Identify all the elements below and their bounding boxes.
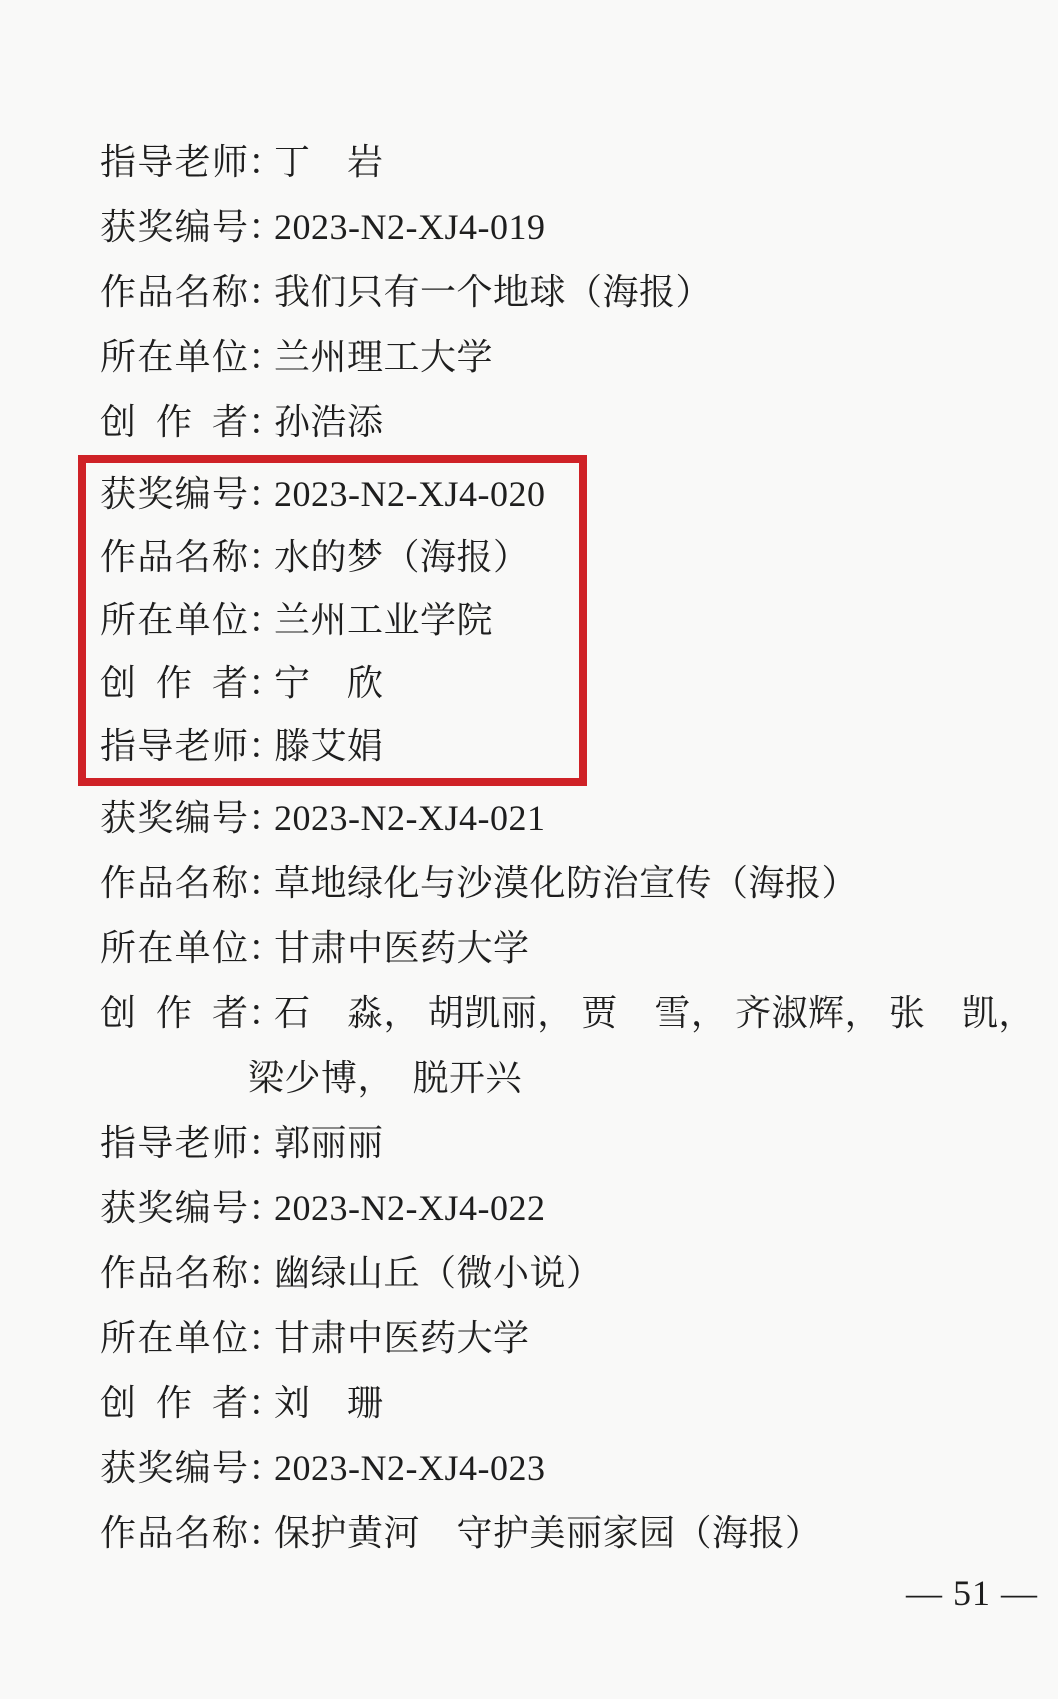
field-value: 草地绿化与沙漠化防治宣传（海报） [274, 863, 858, 903]
field-colon: ： [248, 260, 274, 325]
field-value: 甘肃中医药大学 [274, 1318, 530, 1358]
field-value: 2023-N2-XJ4-020 [274, 474, 545, 514]
field-label: 创作者 [100, 652, 248, 715]
highlight-box: 获奖编号：2023-N2-XJ4-020作品名称：水的梦（海报）所在单位：兰州工… [78, 455, 587, 786]
field-label: 获奖编号 [100, 1436, 248, 1501]
entry-row: 作品名称：保护黄河 守护美丽家园（海报） [0, 1501, 1058, 1566]
field-value: 2023-N2-XJ4-023 [274, 1448, 545, 1488]
field-colon: ： [248, 1111, 274, 1176]
field-label: 获奖编号 [100, 786, 248, 851]
field-colon: ： [248, 916, 274, 981]
field-value: 甘肃中医药大学 [274, 928, 530, 968]
entries-after-highlight: 获奖编号：2023-N2-XJ4-021作品名称：草地绿化与沙漠化防治宣传（海报… [0, 786, 1058, 1566]
field-colon: ： [248, 1371, 274, 1436]
field-colon: ： [248, 526, 274, 589]
field-colon: ： [248, 715, 274, 778]
entry-row: 获奖编号：2023-N2-XJ4-019 [0, 195, 1058, 260]
entry-row: 指导老师：郭丽丽 [0, 1111, 1058, 1176]
field-label: 获奖编号 [100, 463, 248, 526]
entry-row: 作品名称：草地绿化与沙漠化防治宣传（海报） [0, 851, 1058, 916]
field-value: 2023-N2-XJ4-022 [274, 1188, 545, 1228]
field-colon: ： [248, 1306, 274, 1371]
field-value: 兰州理工大学 [274, 337, 493, 377]
entry-row: 创作者：刘 珊 [0, 1371, 1058, 1436]
field-label: 获奖编号 [100, 195, 248, 260]
field-value: 宁 欣 [274, 663, 384, 703]
entry-row: 指导老师：滕艾娟 [86, 715, 579, 778]
award-list: 指导老师：丁 岩获奖编号：2023-N2-XJ4-019作品名称：我们只有一个地… [0, 0, 1058, 1566]
field-label: 作品名称 [100, 851, 248, 916]
field-colon: ： [248, 1436, 274, 1501]
field-label: 所在单位 [100, 589, 248, 652]
entry-row: 作品名称：水的梦（海报） [86, 526, 579, 589]
entry-row: 所在单位：兰州工业学院 [86, 589, 579, 652]
field-colon: ： [248, 851, 274, 916]
field-label: 创作者 [100, 981, 248, 1046]
page-number: — 51 — [906, 1570, 1038, 1616]
entry-row: 创作者：孙浩添 [0, 390, 1058, 455]
entry-row: 所在单位：甘肃中医药大学 [0, 1306, 1058, 1371]
entry-row: 创作者：石 淼， 胡凯丽， 贾 雪， 齐淑辉， 张 凯， [0, 981, 1058, 1046]
entry-row: 获奖编号：2023-N2-XJ4-021 [0, 786, 1058, 851]
field-value: 保护黄河 守护美丽家园（海报） [274, 1513, 822, 1553]
field-colon: ： [248, 325, 274, 390]
field-value: 滕艾娟 [274, 726, 384, 766]
field-colon: ： [248, 1176, 274, 1241]
field-value: 刘 珊 [274, 1383, 384, 1423]
field-colon: ： [248, 390, 274, 455]
field-colon: ： [248, 195, 274, 260]
field-label: 所在单位 [100, 916, 248, 981]
entry-row: 梁少博， 脱开兴 [0, 1046, 1058, 1111]
entry-row: 获奖编号：2023-N2-XJ4-022 [0, 1176, 1058, 1241]
field-value: 梁少博， 脱开兴 [248, 1058, 522, 1098]
field-colon: ： [248, 130, 274, 195]
document-page: 指导老师：丁 岩获奖编号：2023-N2-XJ4-019作品名称：我们只有一个地… [0, 0, 1058, 1699]
entry-row: 作品名称：幽绿山丘（微小说） [0, 1241, 1058, 1306]
field-value: 幽绿山丘（微小说） [274, 1253, 603, 1293]
field-colon: ： [248, 652, 274, 715]
field-colon: ： [248, 589, 274, 652]
field-label: 作品名称 [100, 1241, 248, 1306]
field-colon: ： [248, 1501, 274, 1566]
field-value: 我们只有一个地球（海报） [274, 272, 712, 312]
field-label: 作品名称 [100, 260, 248, 325]
field-value: 孙浩添 [274, 402, 384, 442]
entry-row: 所在单位：兰州理工大学 [0, 325, 1058, 390]
entry-row: 指导老师：丁 岩 [0, 130, 1058, 195]
entry-row: 所在单位：甘肃中医药大学 [0, 916, 1058, 981]
field-label: 所在单位 [100, 1306, 248, 1371]
field-colon: ： [248, 463, 274, 526]
field-label: 指导老师 [100, 715, 248, 778]
entries-before-highlight: 指导老师：丁 岩获奖编号：2023-N2-XJ4-019作品名称：我们只有一个地… [0, 130, 1058, 455]
field-value: 水的梦（海报） [274, 537, 530, 577]
field-value: 兰州工业学院 [274, 600, 493, 640]
field-label: 作品名称 [100, 1501, 248, 1566]
field-colon: ： [248, 1241, 274, 1306]
entry-row: 获奖编号：2023-N2-XJ4-020 [86, 463, 579, 526]
field-value: 2023-N2-XJ4-021 [274, 798, 545, 838]
entry-row: 获奖编号：2023-N2-XJ4-023 [0, 1436, 1058, 1501]
field-label: 指导老师 [100, 1111, 248, 1176]
field-label: 指导老师 [100, 130, 248, 195]
field-label: 所在单位 [100, 325, 248, 390]
field-label: 创作者 [100, 1371, 248, 1436]
field-value: 2023-N2-XJ4-019 [274, 207, 545, 247]
field-colon: ： [248, 981, 274, 1046]
entry-row: 作品名称：我们只有一个地球（海报） [0, 260, 1058, 325]
field-label: 获奖编号 [100, 1176, 248, 1241]
field-value: 石 淼， 胡凯丽， 贾 雪， 齐淑辉， 张 凯， [274, 993, 1035, 1033]
field-value: 郭丽丽 [274, 1123, 384, 1163]
field-label: 作品名称 [100, 526, 248, 589]
field-colon: ： [248, 786, 274, 851]
field-label: 创作者 [100, 390, 248, 455]
entry-row: 创作者：宁 欣 [86, 652, 579, 715]
field-value: 丁 岩 [274, 142, 384, 182]
